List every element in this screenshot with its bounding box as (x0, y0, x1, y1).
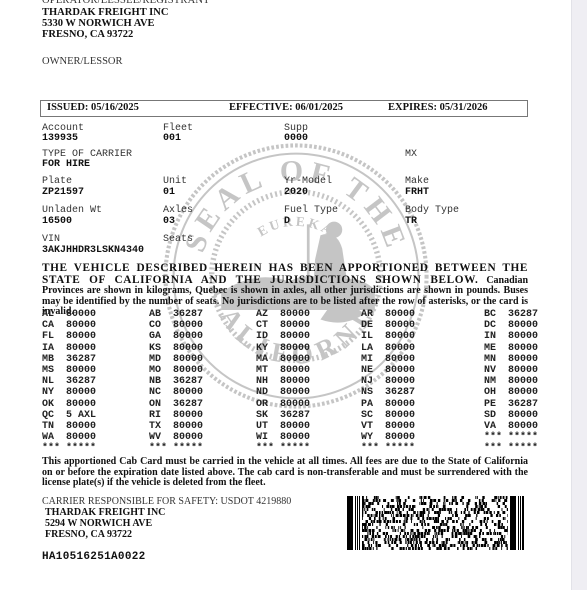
operator-address-line1: 5330 W NORWICH AVE (42, 18, 155, 29)
carrier-name: THARDAK FREIGHT INC (45, 507, 165, 518)
jurisdiction-code: NB (149, 376, 171, 387)
jurisdiction-code: MS (42, 365, 64, 376)
jurisdiction-code: WY (361, 432, 383, 443)
unladen-wt-value: 16500 (42, 216, 72, 227)
jurisdiction-weight: 80000 (66, 331, 96, 342)
jurisdiction-weight: 80000 (385, 354, 415, 365)
make-label: Make (405, 176, 429, 187)
yr-model-label: Yr-Model (284, 176, 332, 187)
jurisdiction-code: CT (256, 320, 278, 331)
axles-value: 03 (163, 216, 175, 227)
jurisdiction-weight: 80000 (66, 432, 96, 443)
jurisdiction-weight: 80000 (173, 320, 203, 331)
mx-label: MX (405, 149, 417, 160)
jurisdiction-code: AZ (256, 309, 278, 320)
jurisdiction-code: UT (256, 421, 278, 432)
jurisdiction-weight: 80000 (385, 376, 415, 387)
jurisdiction-code: FL (42, 331, 64, 342)
jurisdiction-code: NV (484, 365, 506, 376)
jurisdiction-weight: 80000 (173, 365, 203, 376)
jurisdiction-code: AB (149, 309, 171, 320)
jurisdiction-code: GA (149, 331, 171, 342)
jurisdiction-weight: 80000 (385, 320, 415, 331)
jurisdiction-code: NC (149, 387, 171, 398)
jurisdiction-code: ON (149, 399, 171, 410)
jurisdiction-weight: 80000 (66, 309, 96, 320)
jurisdiction-weight: 5 AXL (66, 410, 96, 421)
jurisdiction-code: MA (256, 354, 278, 365)
jurisdiction-code: ID (256, 331, 278, 342)
notice-heading: THE VEHICLE DESCRIBED HEREIN HAS BEEN AP… (42, 262, 528, 286)
jurisdiction-code: *** (149, 443, 171, 454)
jurisdiction-row: MS80000MO80000MT80000NE80000NV80000 (0, 365, 571, 377)
jurisdiction-code: PA (361, 399, 383, 410)
jurisdiction-code: BC (484, 309, 506, 320)
dates-box: ISSUED: 05/16/2025 EFFECTIVE: 06/01/2025… (40, 100, 528, 117)
jurisdiction-weight: 80000 (508, 387, 538, 398)
jurisdiction-weight: 80000 (508, 331, 538, 342)
jurisdiction-weight: 36287 (280, 410, 310, 421)
jurisdiction-row: MB36287MD80000MA80000MI80000MN80000 (0, 354, 571, 366)
jurisdiction-code: CO (149, 320, 171, 331)
jurisdiction-weight: 80000 (280, 320, 310, 331)
plate-value: ZP21597 (42, 187, 84, 198)
jurisdiction-code: OH (484, 387, 506, 398)
carrier-safety-label: CARRIER RESPONSIBLE FOR SAFETY: USDOT 42… (42, 496, 291, 507)
jurisdiction-weight: 80000 (508, 343, 538, 354)
jurisdiction-row: NY80000NC80000ND80000NS36287OH80000 (0, 387, 571, 399)
jurisdiction-weight: 80000 (508, 365, 538, 376)
jurisdiction-code: NM (484, 376, 506, 387)
jurisdiction-weight: 36287 (173, 376, 203, 387)
jurisdiction-code: VT (361, 421, 383, 432)
jurisdiction-code: IL (361, 331, 383, 342)
jurisdiction-weight: 80000 (280, 343, 310, 354)
jurisdiction-weight: 80000 (385, 421, 415, 432)
axles-label: Axles (163, 205, 193, 216)
jurisdiction-code: PE (484, 399, 506, 410)
jurisdiction-weight: 80000 (280, 399, 310, 410)
operator-label: OPERATOR/LESSEE/REGISTRANT (42, 0, 210, 6)
unit-label: Unit (163, 176, 187, 187)
jurisdiction-code: WA (42, 432, 64, 443)
jurisdiction-weight: 80000 (66, 320, 96, 331)
jurisdiction-weight: 80000 (508, 376, 538, 387)
jurisdiction-weight: 80000 (280, 365, 310, 376)
make-value: FRHT (405, 187, 429, 198)
jurisdiction-weight: 80000 (66, 365, 96, 376)
jurisdiction-row: IA80000KS80000KY80000LA80000ME80000 (0, 343, 571, 355)
jurisdiction-code: OK (42, 399, 64, 410)
unladen-wt-label: Unladen Wt (42, 205, 102, 216)
jurisdiction-weight: 80000 (173, 421, 203, 432)
jurisdiction-weight: 36287 (173, 399, 203, 410)
jurisdiction-code: NS (361, 387, 383, 398)
jurisdiction-weight: 80000 (173, 387, 203, 398)
fuel-type-value: D (284, 216, 290, 227)
carrier-address-line1: 5294 W NORWICH AVE (45, 518, 152, 529)
jurisdiction-code: MD (149, 354, 171, 365)
jurisdiction-weight: 80000 (385, 309, 415, 320)
jurisdiction-code: SC (361, 410, 383, 421)
jurisdiction-code: *** (484, 443, 506, 454)
jurisdiction-row: AL80000AB36287AZ80000AR80000BC36287 (0, 309, 571, 321)
jurisdiction-code: AR (361, 309, 383, 320)
jurisdiction-weight: 80000 (280, 331, 310, 342)
jurisdiction-code: MO (149, 365, 171, 376)
vin-value: 3AKJHHDR3LSKN4340 (42, 245, 144, 256)
jurisdiction-weight: 36287 (66, 354, 96, 365)
jurisdiction-weight: 80000 (280, 309, 310, 320)
jurisdiction-weight: 80000 (173, 343, 203, 354)
jurisdiction-weight: 80000 (385, 399, 415, 410)
jurisdiction-code: IA (42, 343, 64, 354)
owner-lessor-label: OWNER/LESSOR (42, 56, 123, 67)
jurisdiction-weight: ***** (173, 443, 203, 454)
cab-card-notice: This apportioned Cab Card must be carrie… (42, 457, 528, 489)
jurisdiction-weight: 80000 (385, 343, 415, 354)
body-type-label: Body Type (405, 205, 459, 216)
jurisdiction-code: NL (42, 376, 64, 387)
expires-date: EXPIRES: 05/31/2026 (388, 102, 487, 113)
jurisdiction-code: TN (42, 421, 64, 432)
jurisdiction-code: VA (484, 421, 506, 432)
jurisdiction-code: MN (484, 354, 506, 365)
vin-label: VIN (42, 234, 60, 245)
jurisdiction-weight: 80000 (66, 399, 96, 410)
jurisdiction-weight: 36287 (385, 387, 415, 398)
fuel-type-label: Fuel Type (284, 205, 338, 216)
jurisdiction-weight: ***** (508, 443, 538, 454)
jurisdiction-weight: 80000 (66, 343, 96, 354)
jurisdiction-code: *** (361, 443, 383, 454)
seats-label: Seats (163, 234, 193, 245)
jurisdiction-code: QC (42, 410, 64, 421)
jurisdiction-weight: 80000 (508, 320, 538, 331)
jurisdiction-weight: 36287 (173, 309, 203, 320)
jurisdiction-weight: 80000 (385, 331, 415, 342)
jurisdiction-code: NJ (361, 376, 383, 387)
jurisdiction-row: OK80000ON36287OR80000PA80000PE36287 (0, 399, 571, 411)
jurisdiction-weight: 80000 (280, 387, 310, 398)
jurisdiction-weight: 80000 (173, 432, 203, 443)
jurisdiction-row: NL36287NB36287NH80000NJ80000NM80000 (0, 376, 571, 388)
jurisdiction-weight: 80000 (385, 410, 415, 421)
jurisdiction-code: MI (361, 354, 383, 365)
document-number: HA10516251A0022 (42, 551, 146, 563)
pdf417-barcode-icon (347, 496, 527, 550)
plate-label: Plate (42, 176, 72, 187)
jurisdiction-weight: 80000 (173, 331, 203, 342)
jurisdiction-row: **************************************** (0, 443, 571, 455)
jurisdiction-code: NE (361, 365, 383, 376)
jurisdiction-weight: 36287 (508, 309, 538, 320)
jurisdiction-code: ND (256, 387, 278, 398)
jurisdiction-weight: 36287 (508, 399, 538, 410)
carrier-type-value: FOR HIRE (42, 159, 90, 170)
jurisdiction-code: KS (149, 343, 171, 354)
jurisdiction-code: *** (42, 443, 64, 454)
scrollbar[interactable] (571, 0, 587, 590)
jurisdiction-code: DE (361, 320, 383, 331)
carrier-address-line2: FRESNO, CA 93722 (45, 529, 132, 540)
jurisdiction-weight: ***** (385, 443, 415, 454)
operator-address-line2: FRESNO, CA 93722 (42, 29, 133, 40)
unit-value: 01 (163, 187, 175, 198)
jurisdiction-weight: 80000 (173, 354, 203, 365)
jurisdiction-weight: 80000 (280, 376, 310, 387)
jurisdiction-code: IN (484, 331, 506, 342)
issued-date: ISSUED: 05/16/2025 (47, 102, 139, 113)
jurisdiction-code: MB (42, 354, 64, 365)
jurisdiction-row: CA80000CO80000CT80000DE80000DC80000 (0, 320, 571, 332)
jurisdiction-weight: 80000 (280, 354, 310, 365)
jurisdiction-weight: 80000 (385, 365, 415, 376)
svg-text:EUREKA: EUREKA (255, 214, 337, 240)
jurisdiction-row: QC5 AXLRI80000SK36287SC80000SD80000 (0, 410, 571, 422)
body-type-value: TR (405, 216, 417, 227)
operator-name: THARDAK FREIGHT INC (42, 7, 168, 18)
jurisdiction-code: OR (256, 399, 278, 410)
jurisdiction-code: WI (256, 432, 278, 443)
account-value: 139935 (42, 133, 78, 144)
jurisdiction-code: ME (484, 343, 506, 354)
jurisdiction-code: MT (256, 365, 278, 376)
jurisdiction-code: SK (256, 410, 278, 421)
jurisdiction-weight: ***** (280, 443, 310, 454)
jurisdiction-code: NY (42, 387, 64, 398)
jurisdiction-code: KY (256, 343, 278, 354)
jurisdiction-code: TX (149, 421, 171, 432)
fleet-value: 001 (163, 133, 181, 144)
supp-value: 0000 (284, 133, 308, 144)
jurisdiction-weight: 80000 (280, 432, 310, 443)
jurisdiction-code: DC (484, 320, 506, 331)
jurisdiction-code: NH (256, 376, 278, 387)
jurisdiction-weight: ***** (66, 443, 96, 454)
yr-model-value: 2020 (284, 187, 308, 198)
jurisdiction-weight: ***** (508, 432, 538, 443)
jurisdiction-weight: 80000 (508, 354, 538, 365)
jurisdiction-weight: 80000 (173, 410, 203, 421)
jurisdiction-weight: 80000 (508, 421, 538, 432)
jurisdiction-weight: 36287 (66, 376, 96, 387)
jurisdiction-code: SD (484, 410, 506, 421)
jurisdiction-code: *** (484, 432, 506, 443)
effective-date: EFFECTIVE: 06/01/2025 (229, 102, 343, 113)
jurisdiction-weight: 80000 (280, 421, 310, 432)
jurisdiction-row: FL80000GA80000ID80000IL80000IN80000 (0, 331, 571, 343)
jurisdiction-weight: 80000 (66, 387, 96, 398)
jurisdiction-code: CA (42, 320, 64, 331)
jurisdiction-code: *** (256, 443, 278, 454)
jurisdiction-code: AL (42, 309, 64, 320)
jurisdiction-code: WV (149, 432, 171, 443)
jurisdiction-weight: 80000 (385, 432, 415, 443)
jurisdiction-code: LA (361, 343, 383, 354)
jurisdiction-weight: 80000 (508, 410, 538, 421)
jurisdiction-code: RI (149, 410, 171, 421)
jurisdiction-weight: 80000 (66, 421, 96, 432)
